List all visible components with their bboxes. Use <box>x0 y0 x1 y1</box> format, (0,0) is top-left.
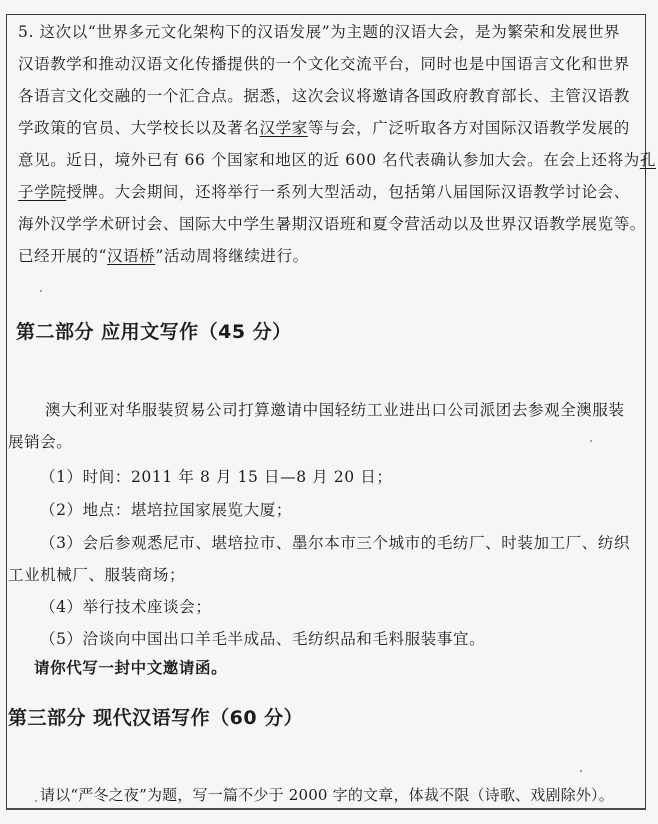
part-2-instruction: 请你代写一封中文邀请函。 <box>34 658 227 678</box>
line-text: 海外汉学学术研讨会、国际大中学生暑期汉语班和夏令营活动以及世界汉语教学展览等。 <box>18 215 646 233</box>
line-text: 意见。近日，境外已有 66 个国家和地区的近 600 名代表确认参加大会。在会上… <box>18 151 640 169</box>
part-2-item-3: （3）会后参观悉尼市、堪培拉市、墨尔本市三个城市的毛纺厂、时装加工厂、纺织 <box>40 533 630 553</box>
scan-speck <box>40 290 42 292</box>
paragraph-line: 汉语教学和推动汉语文化传播提供的一个文化交流平台，同时也是中国语言文化和世界 <box>18 54 630 74</box>
line-text: 5. 这次以“世界多元文化架构下的汉语发展”为主题的汉语大会，是为繁荣和发展世界 <box>18 23 620 41</box>
part-2-heading: 第二部分 应用文写作（45 分） <box>16 320 292 344</box>
paragraph-line: 学政策的官员、大学校长以及著名汉学家等与会，广泛听取各方对国际汉语教学发展的 <box>18 118 630 138</box>
underlined-term: 孔 <box>640 151 656 169</box>
line-text: 授牌。大会期间，还将举行一系列大型活动，包括第八届国际汉语教学讨论会、 <box>66 183 630 201</box>
line-text: ”活动周将继续进行。 <box>155 247 308 265</box>
paragraph-line: 子学院授牌。大会期间，还将举行一系列大型活动，包括第八届国际汉语教学讨论会、 <box>18 182 630 202</box>
underlined-term: 子学院 <box>18 183 66 201</box>
line-text: 各语言文化交融的一个汇合点。据悉，这次会议将邀请各国政府教育部长、主管汉语教 <box>18 87 630 105</box>
part-2-item-5: （5）洽谈向中国出口羊毛半成品、毛纺织品和毛料服装事宜。 <box>40 629 485 649</box>
paragraph-line: 各语言文化交融的一个汇合点。据悉，这次会议将邀请各国政府教育部长、主管汉语教 <box>18 86 630 106</box>
part-2-intro-line: 澳大利亚对华服装贸易公司打算邀请中国轻纺工业进出口公司派团去参观全澳服装 <box>45 400 625 420</box>
scan-speck <box>35 800 37 802</box>
paragraph-line: 5. 这次以“世界多元文化架构下的汉语发展”为主题的汉语大会，是为繁荣和发展世界 <box>18 22 620 42</box>
line-text: 已经开展的“ <box>18 247 107 265</box>
part-3-prompt: 请以“严冬之夜”为题，写一篇不少于 2000 字的文章，体裁不限（诗歌、戏剧除外… <box>40 785 614 805</box>
underlined-term: 汉语桥 <box>107 247 155 265</box>
part-2-intro-line: 展销会。 <box>8 432 72 452</box>
paragraph-line: 意见。近日，境外已有 66 个国家和地区的近 600 名代表确认参加大会。在会上… <box>18 150 656 170</box>
line-text: 等与会，广泛听取各方对国际汉语教学发展的 <box>308 119 630 137</box>
line-text: 学政策的官员、大学校长以及著名 <box>18 119 260 137</box>
part-2-item-1: （1）时间：2011 年 8 月 15 日—8 月 20 日； <box>40 467 393 487</box>
line-text: 汉语教学和推动汉语文化传播提供的一个文化交流平台，同时也是中国语言文化和世界 <box>18 55 630 73</box>
underlined-term: 汉学家 <box>260 119 308 137</box>
part-2-item-4: （4）举行技术座谈会； <box>40 597 211 617</box>
part-2-item-2: （2）地点：堪培拉国家展览大厦； <box>40 500 292 520</box>
scan-speck <box>580 770 582 772</box>
paragraph-line: 海外汉学学术研讨会、国际大中学生暑期汉语班和夏令营活动以及世界汉语教学展览等。 <box>18 214 646 234</box>
part-3-heading: 第三部分 现代汉语写作（60 分） <box>8 706 303 730</box>
part-2-item-3-cont: 工业机械厂、服装商场； <box>8 565 185 585</box>
scan-speck <box>590 440 592 442</box>
paragraph-line: 已经开展的“汉语桥”活动周将继续进行。 <box>18 246 309 266</box>
